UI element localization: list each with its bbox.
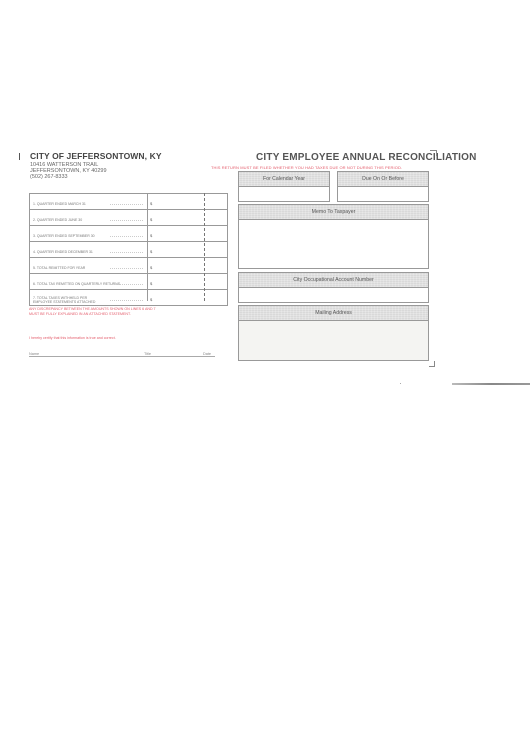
due-date-field[interactable]: [338, 187, 428, 201]
discrepancy-notice: ANY DISCREPANCY BETWEEN THE AMOUNTS SHOW…: [29, 307, 156, 316]
margin-mark: [19, 153, 20, 160]
currency-symbol: $: [150, 265, 152, 270]
currency-symbol: $: [150, 201, 152, 206]
speck: [400, 383, 401, 384]
line-label: 5. TOTAL REMITTED FOR YEAR: [33, 266, 85, 270]
column-divider: [147, 193, 148, 301]
phone-number: (502) 267-8333: [30, 174, 68, 180]
line-label: 2. QUARTER ENDED JUNE 30: [33, 218, 82, 222]
currency-symbol: $: [150, 281, 152, 286]
city-name: CITY OF JEFFERSONTOWN, KY: [30, 151, 162, 161]
edge-rule: [452, 383, 530, 385]
line-label: 6. TOTAL TAX REMITTED ON QUARTERLY RETUR…: [33, 282, 120, 286]
due-date-label: Due On Or Before: [338, 172, 428, 187]
table-row[interactable]: 4. QUARTER ENDED DECEMBER 31 $: [30, 242, 227, 258]
date-label: Date: [203, 352, 211, 356]
line-label: 1. QUARTER ENDED MARCH 31: [33, 202, 86, 206]
calendar-year-box: For Calendar Year: [238, 171, 330, 202]
mailing-address-box: Mailing Address: [238, 305, 429, 361]
leader-dots: [110, 284, 143, 285]
line-label-part-2: EMPLOYEE STATEMENTS ATTACHED: [33, 300, 95, 304]
filing-notice: THIS RETURN MUST BE FILED WHETHER YOU HA…: [211, 165, 402, 170]
currency-symbol: $: [150, 249, 152, 254]
crop-mark-bottom-right: [429, 361, 435, 367]
table-row[interactable]: 2. QUARTER ENDED JUNE 30 $: [30, 210, 227, 226]
line-label: 7. TOTAL TAXES WITHHELD PEREMPLOYEE STAT…: [33, 296, 95, 304]
leader-dots: [110, 220, 143, 221]
account-number-field[interactable]: [239, 288, 428, 302]
currency-symbol: $: [150, 297, 152, 302]
crop-mark-top-right: [430, 150, 437, 156]
line-label: 4. QUARTER ENDED DECEMBER 31: [33, 250, 93, 254]
certification-statement: I hereby certify that this information i…: [29, 336, 116, 340]
memo-field[interactable]: [239, 220, 428, 268]
currency-symbol: $: [150, 217, 152, 222]
leader-dots: [110, 268, 143, 269]
account-number-box: City Occupational Account Number: [238, 272, 429, 303]
table-row[interactable]: 5. TOTAL REMITTED FOR YEAR $: [30, 258, 227, 274]
line-label: 3. QUARTER ENDED SEPTEMBER 30: [33, 234, 95, 238]
discrepancy-line-2: MUST BE FULLY EXPLAINED IN AN ATTACHED S…: [29, 312, 131, 316]
account-number-label: City Occupational Account Number: [239, 273, 428, 288]
form-title: CITY EMPLOYEE ANNUAL RECONCILIATION: [256, 152, 477, 163]
calendar-year-label: For Calendar Year: [239, 172, 329, 187]
calendar-year-field[interactable]: [239, 187, 329, 201]
cents-divider: [204, 193, 205, 301]
signature-line[interactable]: [29, 356, 215, 357]
leader-dots: [110, 252, 143, 253]
discrepancy-line-1: ANY DISCREPANCY BETWEEN THE AMOUNTS SHOW…: [29, 307, 156, 311]
table-row[interactable]: 1. QUARTER ENDED MARCH 31 $: [30, 194, 227, 210]
name-label: Name: [29, 352, 39, 356]
mailing-address-label: Mailing Address: [239, 306, 428, 321]
title-label: Title: [144, 352, 151, 356]
currency-symbol: $: [150, 233, 152, 238]
due-date-box: Due On Or Before: [337, 171, 429, 202]
mailing-address-field[interactable]: [239, 321, 428, 360]
reconciliation-table: 1. QUARTER ENDED MARCH 31 $ 2. QUARTER E…: [29, 193, 228, 306]
table-row[interactable]: 3. QUARTER ENDED SEPTEMBER 30 $: [30, 226, 227, 242]
leader-dots: [110, 236, 143, 237]
table-row[interactable]: 7. TOTAL TAXES WITHHELD PEREMPLOYEE STAT…: [30, 290, 227, 306]
memo-label: Memo To Taxpayer: [239, 205, 428, 220]
table-row[interactable]: 6. TOTAL TAX REMITTED ON QUARTERLY RETUR…: [30, 274, 227, 290]
memo-box: Memo To Taxpayer: [238, 204, 429, 269]
leader-dots: [110, 204, 143, 205]
leader-dots: [110, 300, 143, 301]
